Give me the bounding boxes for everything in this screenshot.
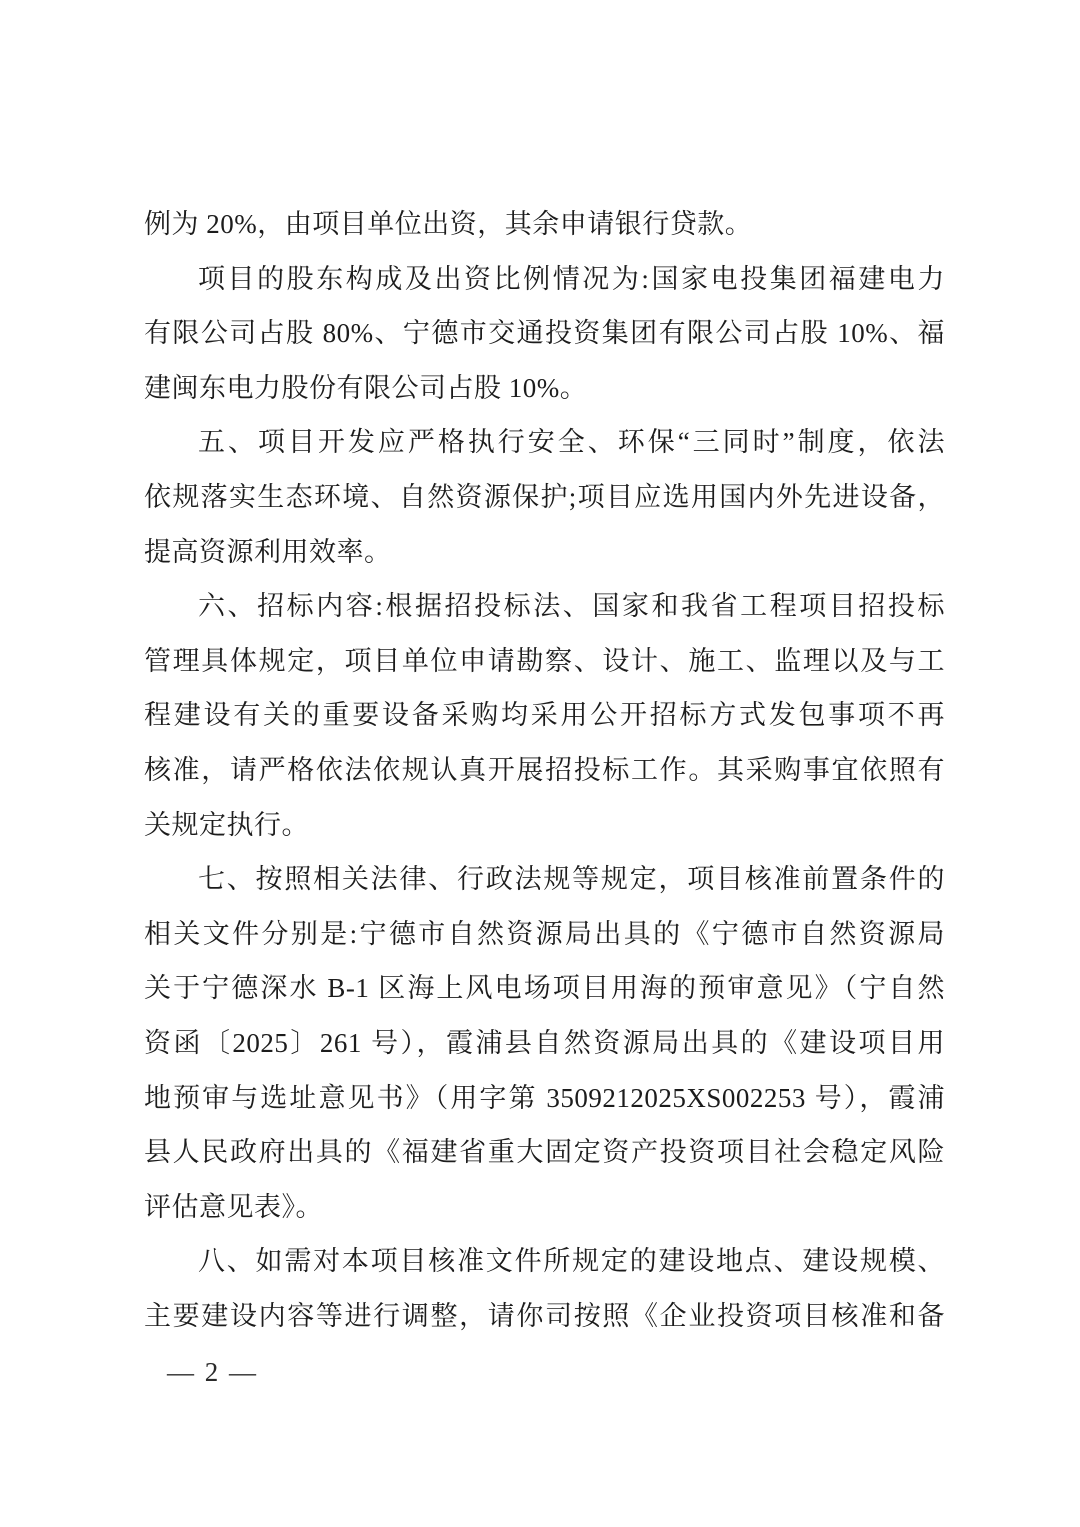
document-line: 提高资源利用效率。 [144,525,945,580]
page-number: — 2 — [167,1352,258,1392]
document-line: 管理具体规定，项目单位申请勘察、设计、施工、监理以及与工 [144,634,945,689]
document-line: 评估意见表》。 [144,1180,945,1235]
document-line: 资函〔2025〕261 号），霞浦县自然资源局出具的《建设项目用 [144,1016,945,1071]
document-line: 七、按照相关法律、行政法规等规定，项目核准前置条件的 [144,852,945,907]
document-line: 六、招标内容:根据招投标法、国家和我省工程项目招投标 [144,579,945,634]
document-line: 主要建设内容等进行调整，请你司按照《企业投资项目核准和备 [144,1289,945,1344]
document-line: 程建设有关的重要设备采购均采用公开招标方式发包事项不再 [144,688,945,743]
document-line: 地预审与选址意见书》（用字第 3509212025XS002253 号），霞浦 [144,1071,945,1126]
document-line: 关于宁德深水 B-1 区海上风电场项目用海的预审意见》（宁自然 [144,961,945,1016]
document-line: 例为 20%，由项目单位出资，其余申请银行贷款。 [144,197,945,252]
document-line: 八、如需对本项目核准文件所规定的建设地点、建设规模、 [144,1234,945,1289]
document-line: 项目的股东构成及出资比例情况为:国家电投集团福建电力 [144,252,945,307]
document-line: 建闽东电力股份有限公司占股 10%。 [144,361,945,416]
document-line: 五、项目开发应严格执行安全、环保“三同时”制度，依法 [144,415,945,470]
document-line: 相关文件分别是:宁德市自然资源局出具的《宁德市自然资源局 [144,907,945,962]
document-line: 县人民政府出具的《福建省重大固定资产投资项目社会稳定风险 [144,1125,945,1180]
document-line: 关规定执行。 [144,798,945,853]
document-body: 例为 20%，由项目单位出资，其余申请银行贷款。 项目的股东构成及出资比例情况为… [144,197,945,1343]
document-page: 例为 20%，由项目单位出资，其余申请银行贷款。 项目的股东构成及出资比例情况为… [0,0,1080,1527]
document-line: 依规落实生态环境、自然资源保护;项目应选用国内外先进设备， [144,470,945,525]
document-line: 核准，请严格依法依规认真开展招投标工作。其采购事宜依照有 [144,743,945,798]
document-line: 有限公司占股 80%、宁德市交通投资集团有限公司占股 10%、福 [144,306,945,361]
